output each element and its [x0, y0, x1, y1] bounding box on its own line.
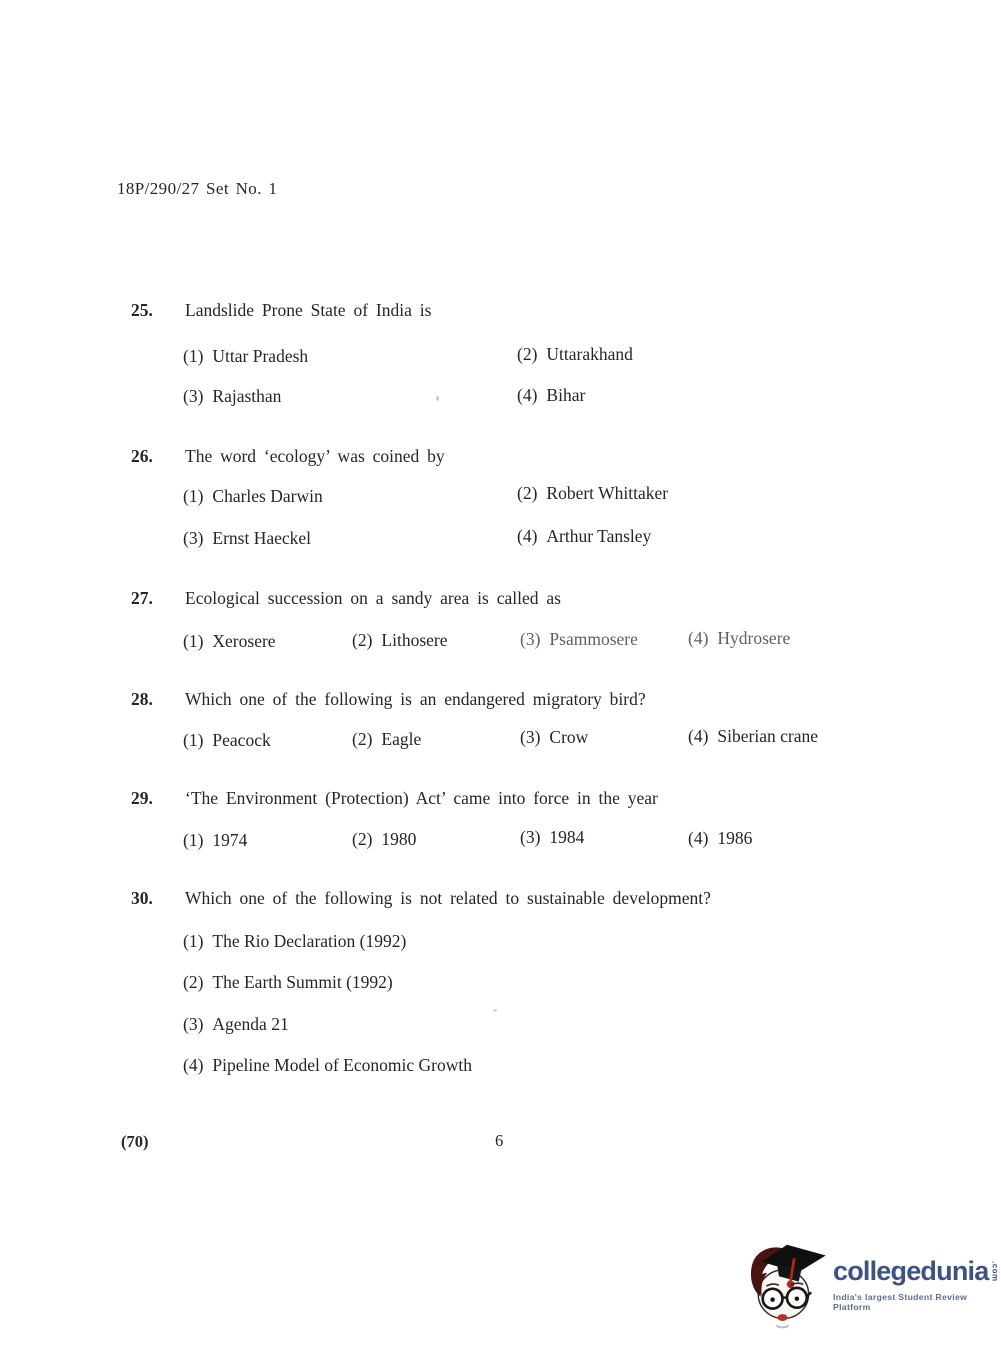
option-marker: (4) — [688, 828, 708, 849]
option-25-4: (4)Bihar — [517, 385, 585, 406]
option-30-4: (4)Pipeline Model of Economic Growth — [183, 1055, 472, 1076]
option-25-1: (1)Uttar Pradesh — [183, 346, 308, 367]
option-text: Ernst Haeckel — [212, 528, 311, 548]
collegedunia-logo: collegedunia .com India's largest Studen… — [740, 1238, 1001, 1338]
question-text: Which one of the following is not relate… — [185, 888, 711, 909]
option-marker: (3) — [183, 528, 203, 549]
option-marker: (4) — [183, 1055, 203, 1076]
option-marker: (4) — [517, 385, 537, 406]
option-27-3: (3)Psammosere — [520, 629, 638, 650]
logo-text-block: collegedunia .com India's largest Studen… — [833, 1258, 1001, 1312]
option-marker: (4) — [688, 726, 708, 747]
option-29-2: (2)1980 — [352, 829, 416, 850]
option-28-3: (3)Crow — [520, 727, 588, 748]
option-marker: (1) — [183, 830, 203, 851]
option-marker: (3) — [183, 386, 203, 407]
option-text: Siberian crane — [717, 726, 818, 746]
exam-paper-page: 18P/290/27 Set No. 1 25. Landslide Prone… — [0, 0, 1001, 1356]
option-29-3: (3)1984 — [520, 827, 584, 848]
brand-text: collegedunia — [833, 1258, 988, 1285]
exam-code: 18P/290/27 Set No. 1 — [117, 179, 277, 199]
question-text: Ecological succession on a sandy area is… — [185, 588, 561, 609]
option-text: Agenda 21 — [212, 1014, 288, 1034]
option-marker: (1) — [183, 730, 203, 751]
option-text: Rajasthan — [212, 386, 281, 406]
question-text: Which one of the following is an endange… — [185, 689, 646, 710]
question-text: ‘The Environment (Protection) Act’ came … — [185, 788, 658, 809]
question-26: 26. The word ‘ecology’ was coined by — [0, 446, 1001, 470]
option-text: 1974 — [212, 830, 247, 850]
option-text: Lithosere — [381, 630, 447, 650]
scan-artifact — [493, 1009, 497, 1012]
option-27-4: (4)Hydrosere — [688, 628, 790, 649]
option-marker: (1) — [183, 631, 203, 652]
question-number: 28. — [131, 689, 153, 710]
option-text: Bihar — [546, 385, 585, 405]
question-number: 25. — [131, 300, 153, 321]
option-text: Charles Darwin — [212, 486, 322, 506]
option-marker: (3) — [520, 727, 540, 748]
option-marker: (3) — [520, 827, 540, 848]
booklet-code: (70) — [121, 1132, 149, 1152]
question-text: Landslide Prone State of India is — [185, 300, 431, 321]
question-29: 29. ‘The Environment (Protection) Act’ c… — [0, 788, 1001, 812]
option-30-1: (1)The Rio Declaration (1992) — [183, 931, 406, 952]
option-text: Arthur Tansley — [546, 526, 651, 546]
question-number: 26. — [131, 446, 153, 467]
question-27: 27. Ecological succession on a sandy are… — [0, 588, 1001, 612]
option-marker: (1) — [183, 346, 203, 367]
option-text: Xerosere — [212, 631, 275, 651]
brand-domain: .com — [990, 1261, 999, 1282]
option-27-1: (1)Xerosere — [183, 631, 276, 652]
option-30-2: (2)The Earth Summit (1992) — [183, 972, 393, 993]
option-marker: (1) — [183, 486, 203, 507]
option-marker: (3) — [183, 1014, 203, 1035]
option-marker: (2) — [517, 344, 537, 365]
option-28-4: (4)Siberian crane — [688, 726, 818, 747]
question-30: 30. Which one of the following is not re… — [0, 888, 1001, 912]
brand-tagline: India's largest Student Review Platform — [833, 1292, 1001, 1312]
option-text: 1980 — [381, 829, 416, 849]
option-text: Hydrosere — [717, 628, 790, 648]
option-text: 1984 — [549, 827, 584, 847]
option-26-4: (4)Arthur Tansley — [517, 526, 651, 547]
option-text: Psammosere — [549, 629, 637, 649]
question-number: 30. — [131, 888, 153, 909]
option-29-4: (4)1986 — [688, 828, 752, 849]
option-marker: (2) — [352, 729, 372, 750]
option-text: 1986 — [717, 828, 752, 848]
option-marker: (2) — [183, 972, 203, 993]
page-number: 6 — [495, 1131, 503, 1151]
option-marker: (2) — [352, 829, 372, 850]
option-text: Pipeline Model of Economic Growth — [212, 1055, 472, 1075]
option-26-2: (2)Robert Whittaker — [517, 483, 668, 504]
option-27-2: (2)Lithosere — [352, 630, 448, 651]
option-26-3: (3)Ernst Haeckel — [183, 528, 311, 549]
option-text: Uttar Pradesh — [212, 346, 308, 366]
option-30-3: (3)Agenda 21 — [183, 1014, 289, 1035]
option-text: Eagle — [381, 729, 421, 749]
option-28-1: (1)Peacock — [183, 730, 271, 751]
option-marker: (3) — [520, 629, 540, 650]
option-text: Robert Whittaker — [546, 483, 668, 503]
option-marker: (4) — [688, 628, 708, 649]
option-text: Uttarakhand — [546, 344, 633, 364]
option-29-1: (1)1974 — [183, 830, 247, 851]
option-25-2: (2)Uttarakhand — [517, 344, 633, 365]
question-28: 28. Which one of the following is an end… — [0, 689, 1001, 713]
question-number: 29. — [131, 788, 153, 809]
question-number: 27. — [131, 588, 153, 609]
option-marker: (2) — [517, 483, 537, 504]
option-text: The Earth Summit (1992) — [212, 972, 392, 992]
option-marker: (1) — [183, 931, 203, 952]
scan-artifact — [436, 396, 439, 401]
collegedunia-mascot — [742, 1242, 832, 1332]
option-marker: (4) — [517, 526, 537, 547]
option-text: The Rio Declaration (1992) — [212, 931, 406, 951]
option-text: Crow — [549, 727, 588, 747]
question-25: 25. Landslide Prone State of India is — [0, 300, 1001, 324]
option-text: Peacock — [212, 730, 270, 750]
option-26-1: (1)Charles Darwin — [183, 486, 323, 507]
option-25-3: (3)Rajasthan — [183, 386, 281, 407]
option-marker: (2) — [352, 630, 372, 651]
option-28-2: (2)Eagle — [352, 729, 421, 750]
question-text: The word ‘ecology’ was coined by — [185, 446, 445, 467]
